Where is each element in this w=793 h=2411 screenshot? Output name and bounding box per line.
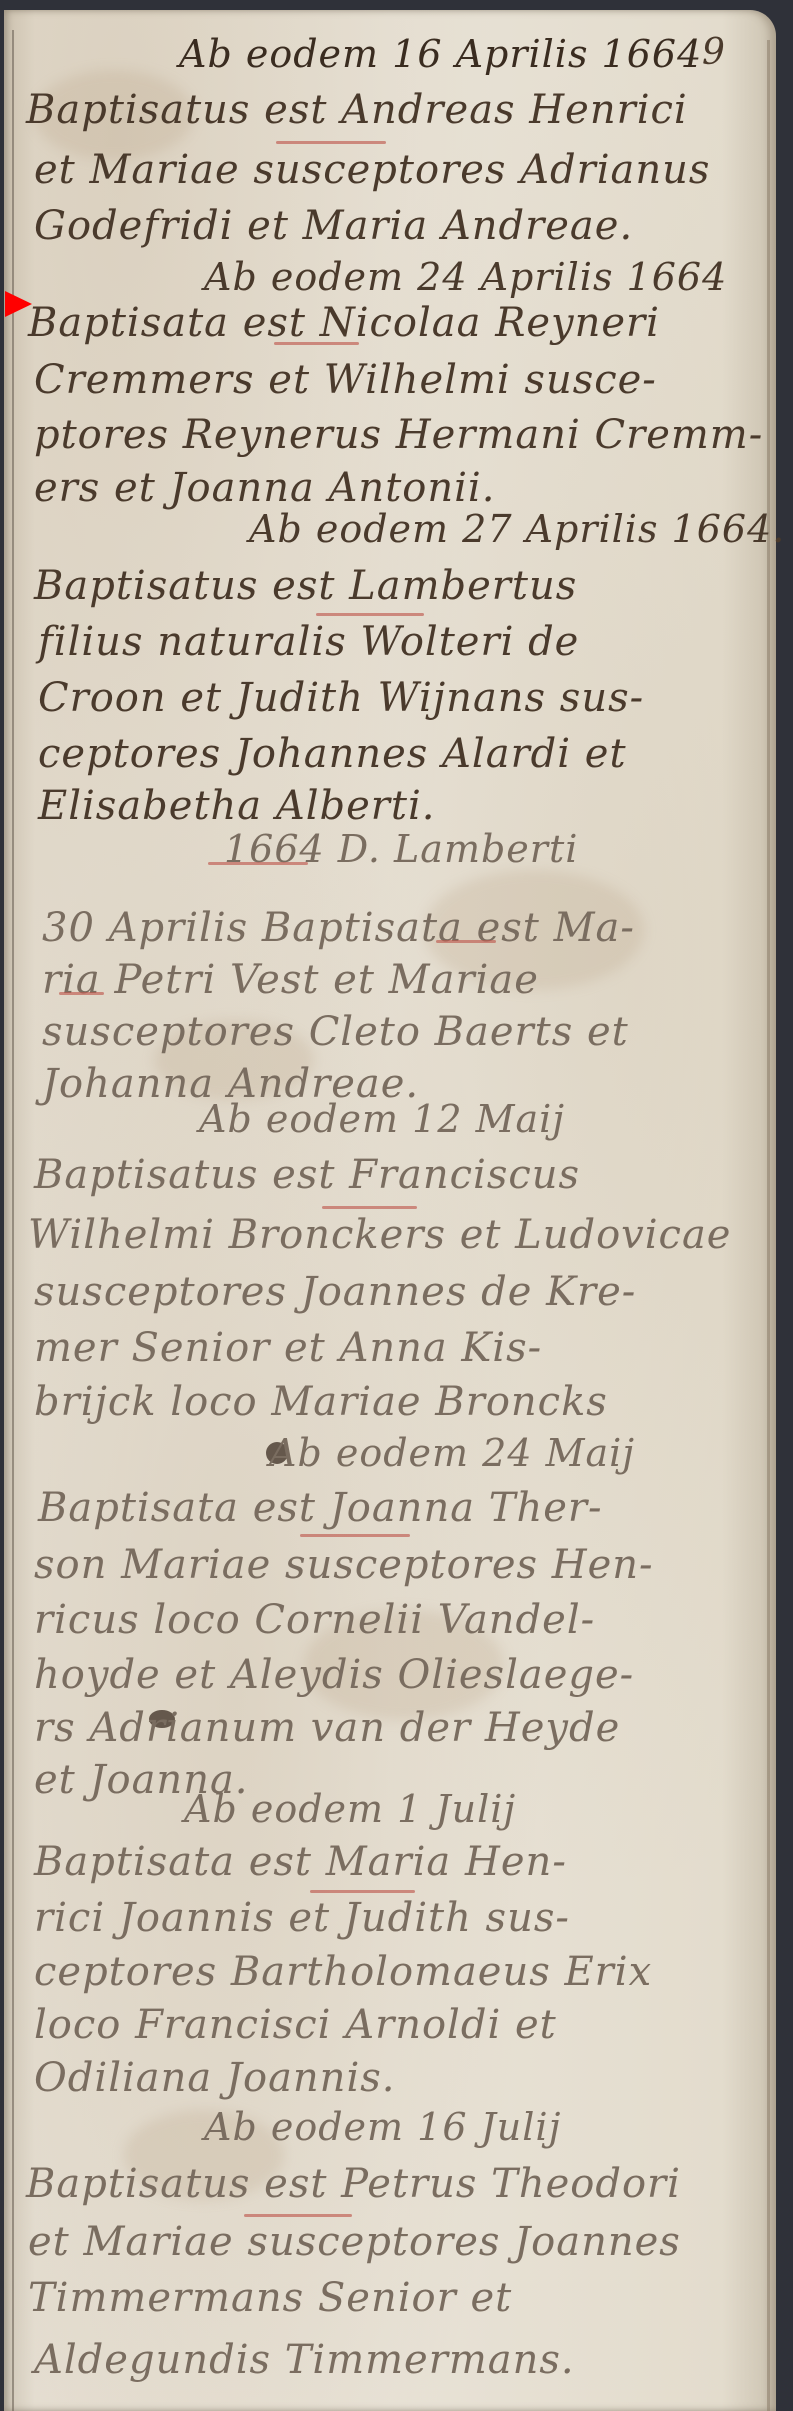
entry-date: Ab eodem 24 Aprilis 1664	[204, 258, 727, 296]
entry-date: Ab eodem 27 Aprilis 1664.	[249, 510, 785, 548]
name-underline	[322, 1206, 417, 1209]
name-underline	[300, 1534, 410, 1537]
entry-line: Wilhelmi Bronckers et Ludovicae	[28, 1215, 731, 1255]
entry-line: ceptores Johannes Alardi et	[38, 734, 627, 774]
register-entries: 9 Ab eodem 16 Aprilis 1664 Baptisatus es…	[4, 10, 776, 2411]
entry-line: Croon et Judith Wijnans sus-	[38, 678, 644, 718]
entry-line: Godefridi et Maria Andreae.	[34, 206, 633, 246]
entry-line: rs Adrianum van der Heyde	[34, 1708, 620, 1748]
name-underline	[274, 342, 359, 345]
entry-line: ricus loco Cornelii Vandel-	[34, 1600, 595, 1640]
entry-line: Baptisata est Nicolaa Reyneri	[28, 303, 660, 343]
entry-line: son Mariae susceptores Hen-	[34, 1545, 654, 1585]
entry-line: rici Joannis et Judith sus-	[34, 1898, 570, 1938]
name-underline	[59, 992, 104, 995]
name-underline	[208, 862, 308, 865]
entry-line: et Mariae susceptores Adrianus	[34, 150, 710, 190]
entry-line: et Mariae susceptores Joannes	[28, 2222, 681, 2262]
entry-line: Baptisatus est Franciscus	[34, 1155, 580, 1195]
folio-number: 9	[702, 32, 725, 73]
entry-date: Ab eodem 24 Maij	[269, 1434, 635, 1472]
entry-line: susceptores Cleto Baerts et	[42, 1012, 629, 1052]
entry-marker-arrow-icon	[5, 291, 32, 317]
entry-line: Timmermans Senior et	[28, 2278, 512, 2318]
entry-line: ceptores Bartholomaeus Erix	[34, 1952, 652, 1992]
name-underline	[310, 1890, 415, 1893]
entry-date: Ab eodem 1 Julij	[184, 1790, 516, 1828]
name-underline	[436, 940, 496, 943]
entry-line: ers et Joanna Antonii.	[34, 468, 495, 508]
entry-line: Cremmers et Wilhelmi susce-	[34, 360, 657, 400]
entry-line: Baptisata est Maria Hen-	[34, 1842, 567, 1882]
manuscript-page: 9 Ab eodem 16 Aprilis 1664 Baptisatus es…	[4, 10, 776, 2411]
entry-line: Aldegundis Timmermans.	[34, 2340, 575, 2380]
entry-date: Ab eodem 16 Julij	[204, 2108, 561, 2146]
entry-line: filius naturalis Wolteri de	[38, 622, 579, 662]
entry-line: Baptisatus est Petrus Theodori	[26, 2164, 681, 2204]
entry-line: Elisabetha Alberti.	[38, 786, 436, 826]
entry-date: Ab eodem 16 Aprilis 1664	[179, 35, 702, 73]
name-underline	[244, 2214, 352, 2217]
entry-line: ria Petri Vest et Mariae	[42, 960, 539, 1000]
entry-line: hoyde et Aleydis Olieslaege-	[34, 1655, 634, 1695]
entry-line: 30 Aprilis Baptisata est Ma-	[42, 908, 635, 948]
entry-line: brijck loco Mariae Broncks	[34, 1382, 608, 1422]
entry-line: Baptisatus est Andreas Henrici	[26, 90, 688, 130]
name-underline	[276, 141, 386, 144]
entry-line: mer Senior et Anna Kis-	[34, 1328, 542, 1368]
entry-line: ptores Reynerus Hermani Cremm-	[34, 415, 763, 455]
name-underline	[316, 613, 424, 616]
entry-date: Ab eodem 12 Maij	[199, 1100, 565, 1138]
entry-line: Odiliana Joannis.	[34, 2058, 395, 2098]
entry-line: Baptisatus est Lambertus	[34, 566, 577, 606]
entry-line: susceptores Joannes de Kre-	[34, 1272, 636, 1312]
entry-line: Baptisata est Joanna Ther-	[38, 1488, 603, 1528]
entry-line: loco Francisci Arnoldi et	[34, 2005, 557, 2045]
